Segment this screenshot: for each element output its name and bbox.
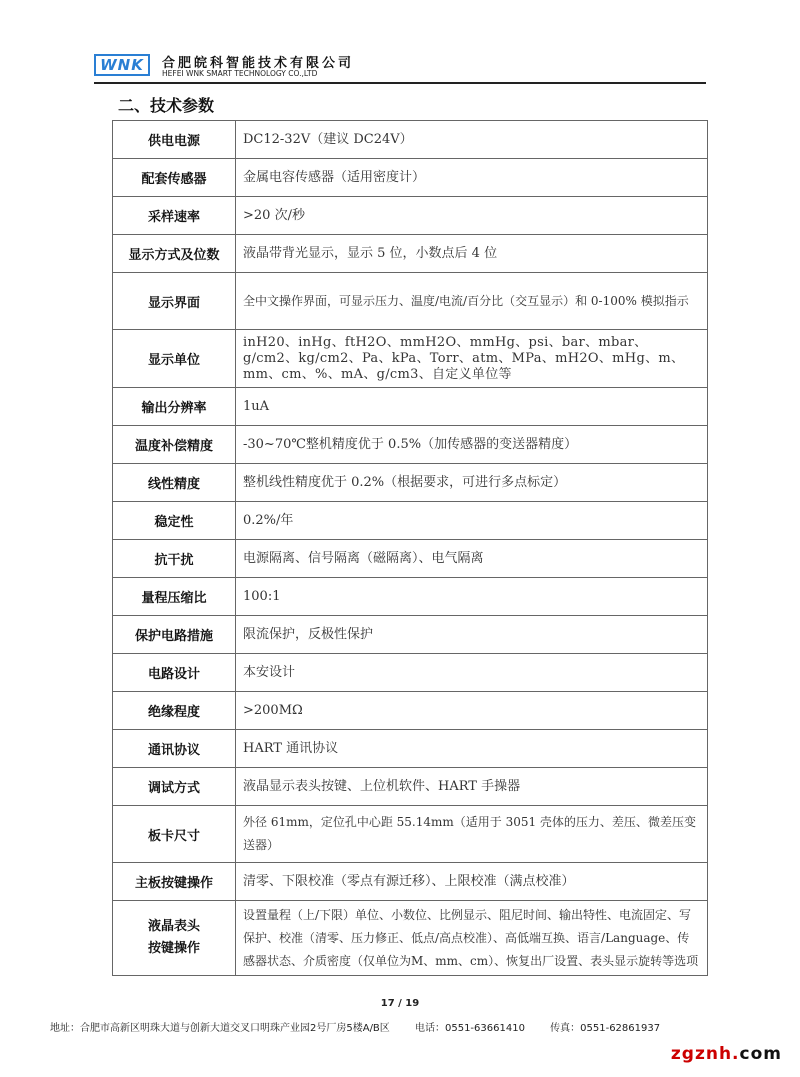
spec-label: 电路设计 <box>113 654 236 692</box>
spec-label: 温度补偿精度 <box>113 426 236 464</box>
spec-label: 稳定性 <box>113 502 236 540</box>
table-row: 量程压缩比 100:1 <box>113 578 708 616</box>
spec-value: -30~70℃整机精度优于 0.5%（加传感器的变送器精度） <box>236 426 708 464</box>
company-logo: WNK <box>94 54 150 76</box>
table-row: 板卡尺寸 外径 61mm，定位孔中心距 55.14mm（适用于 3051 壳体的… <box>113 806 708 863</box>
watermark-domain: zgznh. <box>671 1044 740 1064</box>
table-row: 通讯协议 HART 通讯协议 <box>113 730 708 768</box>
spec-value: 清零、下限校准（零点有源迁移）、上限校准（满点校准） <box>236 863 708 901</box>
footer-address: 地址：合肥市高新区明珠大道与创新大道交叉口明珠产业园2号厂房5楼A/B区 <box>50 1023 390 1034</box>
spec-value: 0.2%/年 <box>236 502 708 540</box>
watermark: zgznh.com <box>671 1044 782 1064</box>
table-row: 抗干扰 电源隔离、信号隔离（磁隔离）、电气隔离 <box>113 540 708 578</box>
spec-label: 通讯协议 <box>113 730 236 768</box>
table-row: 调试方式 液晶显示表头按键、上位机软件、HART 手操器 <box>113 768 708 806</box>
spec-value: >200MΩ <box>236 692 708 730</box>
footer-phone: 电话：0551-63661410 <box>415 1023 525 1034</box>
spec-label: 显示方式及位数 <box>113 235 236 273</box>
table-row: 温度补偿精度 -30~70℃整机精度优于 0.5%（加传感器的变送器精度） <box>113 426 708 464</box>
spec-label: 保护电路措施 <box>113 616 236 654</box>
spec-value: 1uA <box>236 388 708 426</box>
spec-value: 液晶显示表头按键、上位机软件、HART 手操器 <box>236 768 708 806</box>
spec-label: 供电电源 <box>113 121 236 159</box>
spec-value: HART 通讯协议 <box>236 730 708 768</box>
watermark-tld: com <box>740 1044 782 1064</box>
table-row: 显示方式及位数 液晶带背光显示，显示 5 位，小数点后 4 位 <box>113 235 708 273</box>
spec-label: 量程压缩比 <box>113 578 236 616</box>
spec-label: 输出分辨率 <box>113 388 236 426</box>
table-row: 显示界面 全中文操作界面，可显示压力、温度/电流/百分比（交互显示）和 0-10… <box>113 273 708 330</box>
spec-value: 液晶带背光显示，显示 5 位，小数点后 4 位 <box>236 235 708 273</box>
spec-label: 调试方式 <box>113 768 236 806</box>
spec-table: 供电电源 DC12-32V（建议 DC24V） 配套传感器 金属电容传感器（适用… <box>112 120 708 976</box>
page-header: WNK 合肥皖科智能技术有限公司 HEFEI WNK SMART TECHNOL… <box>94 52 706 82</box>
spec-value: inH20、inHg、ftH2O、mmH2O、mmHg、psi、bar、mbar… <box>236 330 708 388</box>
table-row: 液晶表头按键操作 设置量程（上/下限）单位、小数位、比例显示、阻尼时间、输出特性… <box>113 901 708 976</box>
page-number: 17 / 19 <box>0 998 800 1009</box>
table-row: 供电电源 DC12-32V（建议 DC24V） <box>113 121 708 159</box>
table-row: 主板按键操作 清零、下限校准（零点有源迁移）、上限校准（满点校准） <box>113 863 708 901</box>
header-divider <box>94 82 706 84</box>
spec-value: 金属电容传感器（适用密度计） <box>236 159 708 197</box>
company-name-en: HEFEI WNK SMART TECHNOLOGY CO.,LTD <box>162 69 317 78</box>
spec-value: 限流保护，反极性保护 <box>236 616 708 654</box>
spec-value: 本安设计 <box>236 654 708 692</box>
table-row: 线性精度 整机线性精度优于 0.2%（根据要求，可进行多点标定） <box>113 464 708 502</box>
spec-label: 抗干扰 <box>113 540 236 578</box>
spec-value: >20 次/秒 <box>236 197 708 235</box>
spec-label: 绝缘程度 <box>113 692 236 730</box>
spec-label: 主板按键操作 <box>113 863 236 901</box>
table-row: 显示单位 inH20、inHg、ftH2O、mmH2O、mmHg、psi、bar… <box>113 330 708 388</box>
table-row: 保护电路措施 限流保护，反极性保护 <box>113 616 708 654</box>
table-row: 采样速率 >20 次/秒 <box>113 197 708 235</box>
spec-label: 配套传感器 <box>113 159 236 197</box>
spec-label: 显示单位 <box>113 330 236 388</box>
spec-value: 100:1 <box>236 578 708 616</box>
spec-label: 显示界面 <box>113 273 236 330</box>
spec-value: DC12-32V（建议 DC24V） <box>236 121 708 159</box>
spec-label: 液晶表头按键操作 <box>113 901 236 976</box>
spec-value: 设置量程（上/下限）单位、小数位、比例显示、阻尼时间、输出特性、电流固定、写保护… <box>236 901 708 976</box>
table-row: 电路设计 本安设计 <box>113 654 708 692</box>
spec-label: 采样速率 <box>113 197 236 235</box>
table-row: 输出分辨率 1uA <box>113 388 708 426</box>
spec-label: 板卡尺寸 <box>113 806 236 863</box>
section-title: 二、技术参数 <box>118 93 214 116</box>
table-row: 绝缘程度 >200MΩ <box>113 692 708 730</box>
spec-value: 外径 61mm，定位孔中心距 55.14mm（适用于 3051 壳体的压力、差压… <box>236 806 708 863</box>
spec-value: 电源隔离、信号隔离（磁隔离）、电气隔离 <box>236 540 708 578</box>
table-row: 配套传感器 金属电容传感器（适用密度计） <box>113 159 708 197</box>
page-footer: 地址：合肥市高新区明珠大道与创新大道交叉口明珠产业园2号厂房5楼A/B区 电话：… <box>50 1019 682 1034</box>
spec-label: 线性精度 <box>113 464 236 502</box>
footer-fax: 传真：0551-62861937 <box>550 1023 660 1034</box>
spec-label-text: 液晶表头按键操作 <box>144 916 204 960</box>
table-row: 稳定性 0.2%/年 <box>113 502 708 540</box>
spec-value: 整机线性精度优于 0.2%（根据要求，可进行多点标定） <box>236 464 708 502</box>
spec-value: 全中文操作界面，可显示压力、温度/电流/百分比（交互显示）和 0-100% 模拟… <box>236 273 708 330</box>
